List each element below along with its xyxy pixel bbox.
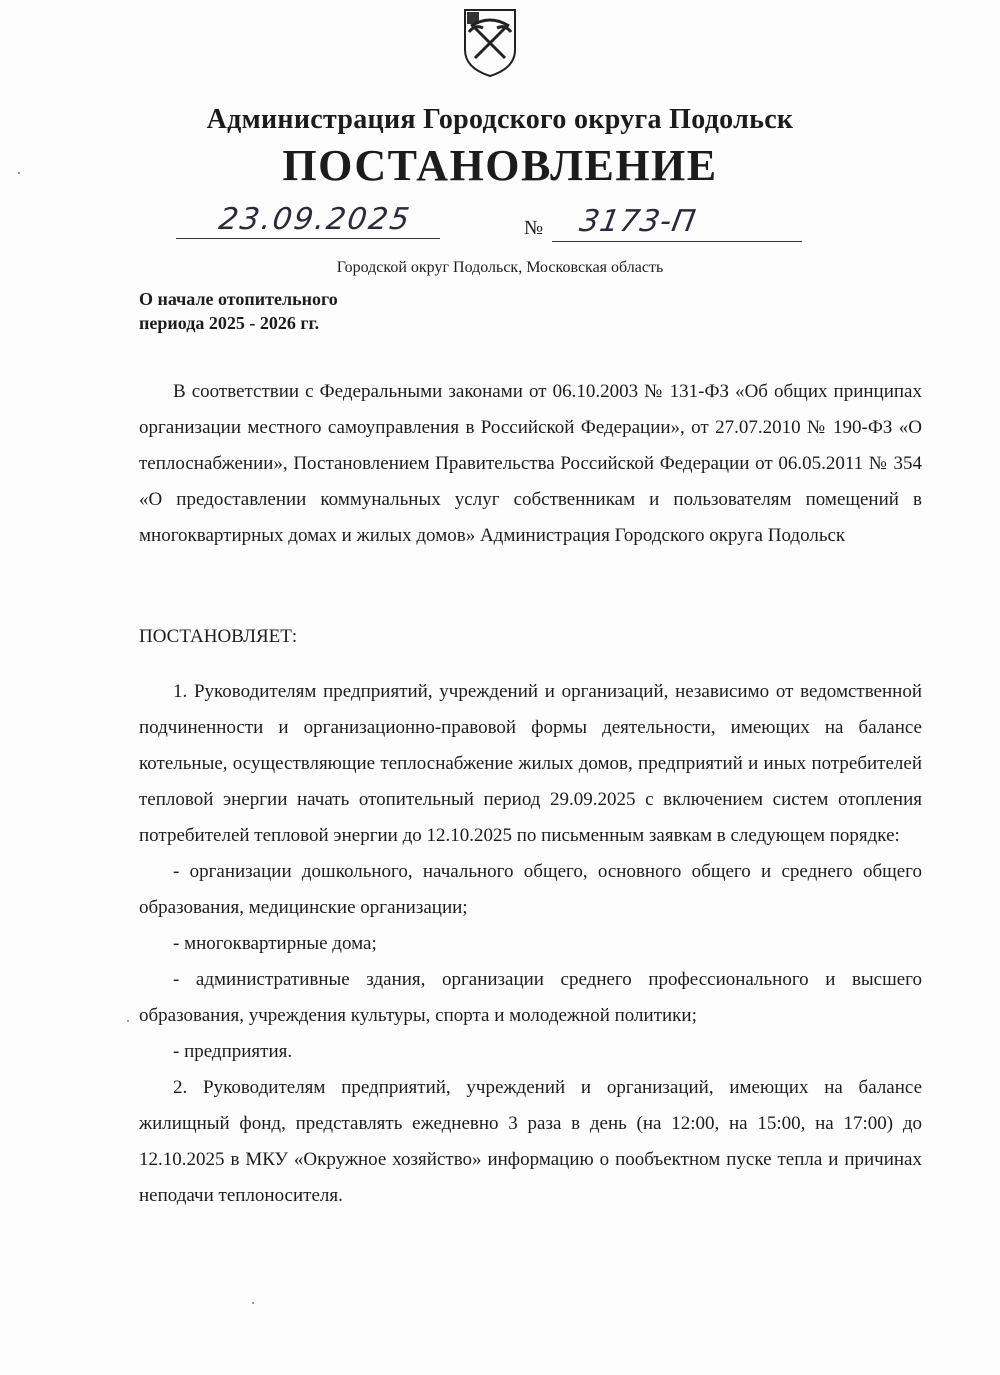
- items-section: 1. Руководителям предприятий, учреждений…: [139, 674, 922, 1214]
- resolves-section: ПОСТАНОВЛЯЕТ:: [139, 619, 922, 655]
- item-2: 2. Руководителям предприятий, учреждений…: [139, 1070, 922, 1214]
- item-1-subitem: - административные здания, организации с…: [139, 962, 922, 1034]
- date-underline: [176, 238, 440, 239]
- item-1-subitem: - предприятия.: [139, 1034, 922, 1070]
- organization-title: Администрация Городского округа Подольск: [0, 104, 1000, 136]
- scan-speck: [252, 1302, 254, 1304]
- resolves-heading: ПОСТАНОВЛЯЕТ:: [139, 619, 922, 655]
- coat-of-arms-icon: [461, 6, 519, 78]
- preamble-section: В соответствии с Федеральными законами о…: [139, 374, 922, 554]
- document-date: 23.09.2025: [198, 202, 433, 237]
- scan-speck: [18, 172, 20, 174]
- item-1: 1. Руководителям предприятий, учреждений…: [139, 674, 922, 854]
- document-type-title: ПОСТАНОВЛЕНИЕ: [0, 140, 1000, 191]
- scan-speck: [127, 1020, 129, 1022]
- subject-line-2: периода 2025 - 2026 гг.: [139, 311, 338, 335]
- item-1-subitem: - многоквартирные дома;: [139, 926, 922, 962]
- subject-line-1: О начале отопительного: [139, 287, 338, 311]
- place-of-issue: Городской округ Подольск, Московская обл…: [0, 259, 1000, 277]
- item-1-subitem: - организации дошкольного, начального об…: [139, 854, 922, 926]
- preamble-paragraph: В соответствии с Федеральными законами о…: [139, 374, 922, 554]
- document-number: 3173-П: [577, 204, 743, 239]
- number-label: №: [524, 217, 543, 240]
- document-subject: О начале отопительного периода 2025 - 20…: [139, 287, 338, 335]
- number-underline: [552, 241, 802, 242]
- document-page: Администрация Городского округа Подольск…: [0, 0, 1000, 1375]
